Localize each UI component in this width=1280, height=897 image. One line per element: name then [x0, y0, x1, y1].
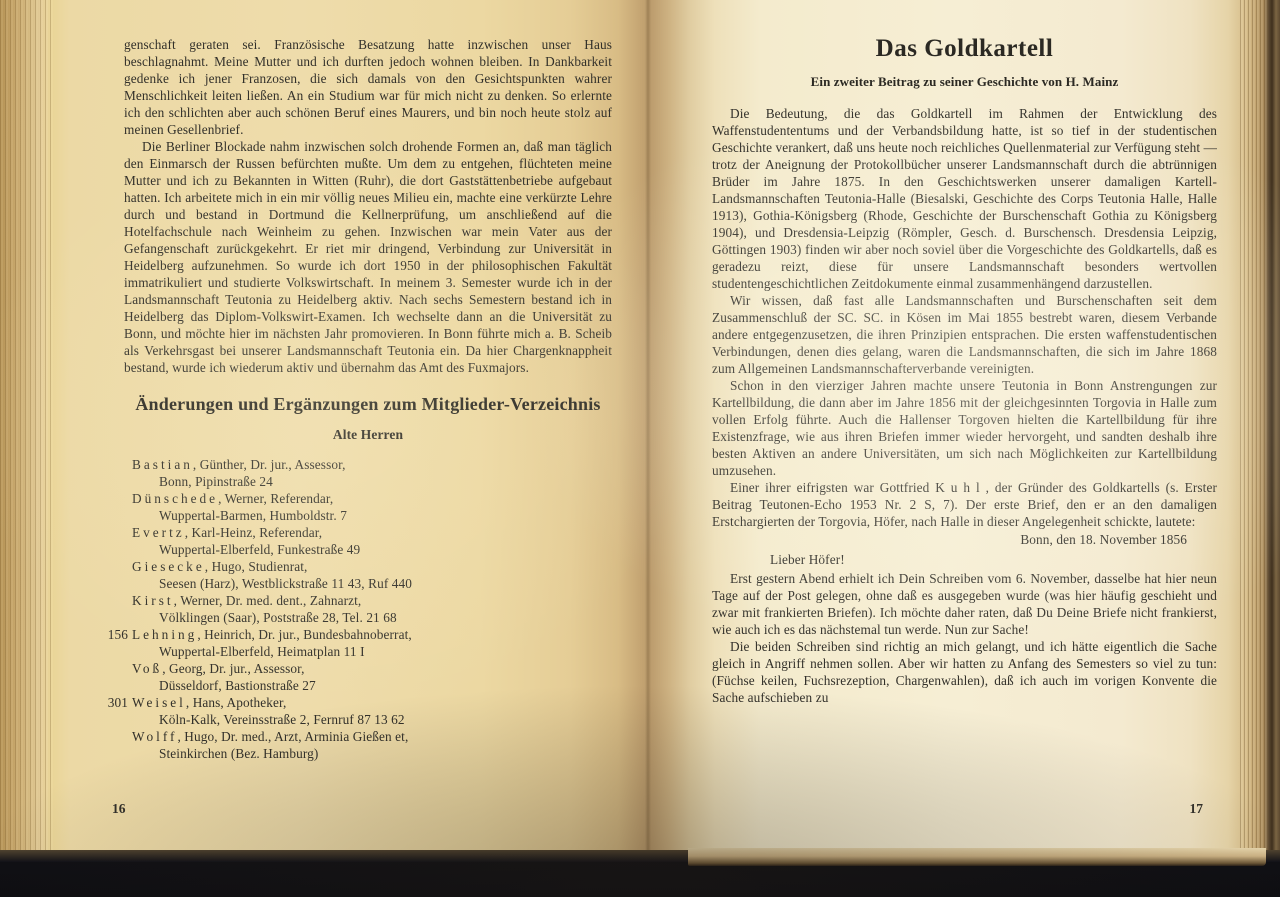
member-name-line: Evertz, Karl-Heinz, Referendar,	[132, 524, 572, 541]
member-name-line: Weisel, Hans, Apotheker,	[132, 694, 572, 711]
member-list: Bastian, Günther, Dr. jur., Assessor, Bo…	[132, 456, 572, 762]
page-number-left: 16	[112, 801, 126, 817]
letter-paragraph: Die beiden Schreiben sind richtig an mic…	[712, 638, 1217, 706]
right-page: Das Goldkartell Ein zweiter Beitrag zu s…	[712, 30, 1217, 706]
letter-salutation: Lieber Höfer!	[712, 551, 1217, 568]
letter-dateline: Bonn, den 18. November 1856	[712, 531, 1217, 548]
page-number-right: 17	[1155, 801, 1203, 817]
right-page-body: Die Bedeutung, die das Goldkartell im Ra…	[712, 105, 1217, 530]
member-surname: Giesecke	[132, 559, 205, 574]
member-address: Steinkirchen (Bez. Hamburg)	[132, 745, 572, 762]
member-surname: Weisel	[132, 695, 186, 710]
member-entry: Wolff, Hugo, Dr. med., Arzt, Arminia Gie…	[132, 728, 572, 762]
left-page-body: genschaft geraten sei. Französische Besa…	[124, 36, 612, 376]
member-details: , Heinrich, Dr. jur., Bundesbahnoberrat,	[197, 627, 411, 642]
member-entry: Kirst, Werner, Dr. med. dent., Zahnarzt,…	[132, 592, 572, 626]
member-details: , Hugo, Dr. med., Arzt, Arminia Gießen e…	[177, 729, 408, 744]
paragraph: Die Bedeutung, die das Goldkartell im Ra…	[712, 105, 1217, 292]
member-surname: Dünschede	[132, 491, 218, 506]
right-page-edges	[1240, 0, 1268, 854]
member-surname: Bastian	[132, 457, 193, 472]
member-details: , Hugo, Studienrat,	[205, 559, 308, 574]
member-entry: Giesecke, Hugo, Studienrat, Seesen (Harz…	[132, 558, 572, 592]
paragraph: Einer ihrer eifrigsten war Gottfried K u…	[712, 479, 1217, 530]
member-address: Wuppertal-Elberfeld, Funkestraße 49	[132, 541, 572, 558]
member-details: , Hans, Apotheker,	[186, 695, 287, 710]
member-address: Köln-Kalk, Vereinsstraße 2, Fernruf 87 1…	[132, 711, 572, 728]
member-address: Bonn, Pipinstraße 24	[132, 473, 572, 490]
member-number: 301	[96, 694, 128, 711]
paragraph: Wir wissen, daß fast alle Landsmannschaf…	[712, 292, 1217, 377]
article-title: Das Goldkartell	[712, 34, 1217, 64]
member-entry: Dünschede, Werner, Referendar, Wuppertal…	[132, 490, 572, 524]
letter-body: Erst gestern Abend erhielt ich Dein Schr…	[712, 570, 1217, 706]
letter-paragraph: Erst gestern Abend erhielt ich Dein Schr…	[712, 570, 1217, 638]
right-page-bottom-edge	[688, 848, 1266, 866]
member-entry: Voß, Georg, Dr. jur., Assessor, Düsseldo…	[132, 660, 572, 694]
paragraph: Die Berliner Blockade nahm inzwischen so…	[124, 138, 612, 376]
left-page: genschaft geraten sei. Französische Besa…	[124, 36, 612, 762]
member-name-line: Dünschede, Werner, Referendar,	[132, 490, 572, 507]
member-name-line: Kirst, Werner, Dr. med. dent., Zahnarzt,	[132, 592, 572, 609]
member-entry: Bastian, Günther, Dr. jur., Assessor, Bo…	[132, 456, 572, 490]
member-entry: 156 Lehning, Heinrich, Dr. jur., Bundesb…	[132, 626, 572, 660]
member-name-line: Wolff, Hugo, Dr. med., Arzt, Arminia Gie…	[132, 728, 572, 745]
section-subheading: Alte Herren	[124, 426, 612, 443]
section-heading: Änderungen und Ergänzungen zum Mitgliede…	[124, 393, 612, 416]
member-surname: Lehning	[132, 627, 197, 642]
paragraph: genschaft geraten sei. Französische Besa…	[124, 36, 612, 138]
open-book: genschaft geraten sei. Französische Besa…	[0, 0, 1280, 850]
member-surname: Wolff	[132, 729, 177, 744]
member-surname: Voß	[132, 661, 162, 676]
member-details: , Karl-Heinz, Referendar,	[185, 525, 322, 540]
member-address: Wuppertal-Barmen, Humboldstr. 7	[132, 507, 572, 524]
member-name-line: Lehning, Heinrich, Dr. jur., Bundesbahno…	[132, 626, 572, 643]
member-address: Seesen (Harz), Westblickstraße 11 43, Ru…	[132, 575, 572, 592]
left-page-edges	[0, 0, 54, 850]
member-entry: Evertz, Karl-Heinz, Referendar, Wupperta…	[132, 524, 572, 558]
book-spine	[645, 0, 651, 850]
article-subtitle: Ein zweiter Beitrag zu seiner Geschichte…	[712, 73, 1217, 90]
member-name-line: Voß, Georg, Dr. jur., Assessor,	[132, 660, 572, 677]
member-address: Düsseldorf, Bastionstraße 27	[132, 677, 572, 694]
paragraph: Schon in den vierziger Jahren machte uns…	[712, 377, 1217, 479]
member-address: Wuppertal-Elberfeld, Heimatplan 11 I	[132, 643, 572, 660]
member-name-line: Bastian, Günther, Dr. jur., Assessor,	[132, 456, 572, 473]
member-entry: 301 Weisel, Hans, Apotheker, Köln-Kalk, …	[132, 694, 572, 728]
member-address: Völklingen (Saar), Poststraße 28, Tel. 2…	[132, 609, 572, 626]
member-details: , Günther, Dr. jur., Assessor,	[193, 457, 346, 472]
member-details: , Werner, Dr. med. dent., Zahnarzt,	[174, 593, 362, 608]
member-details: , Werner, Referendar,	[218, 491, 333, 506]
member-surname: Kirst	[132, 593, 174, 608]
book-photo: genschaft geraten sei. Französische Besa…	[0, 0, 1280, 897]
member-surname: Evertz	[132, 525, 185, 540]
member-name-line: Giesecke, Hugo, Studienrat,	[132, 558, 572, 575]
member-number: 156	[96, 626, 128, 643]
member-details: , Georg, Dr. jur., Assessor,	[162, 661, 304, 676]
